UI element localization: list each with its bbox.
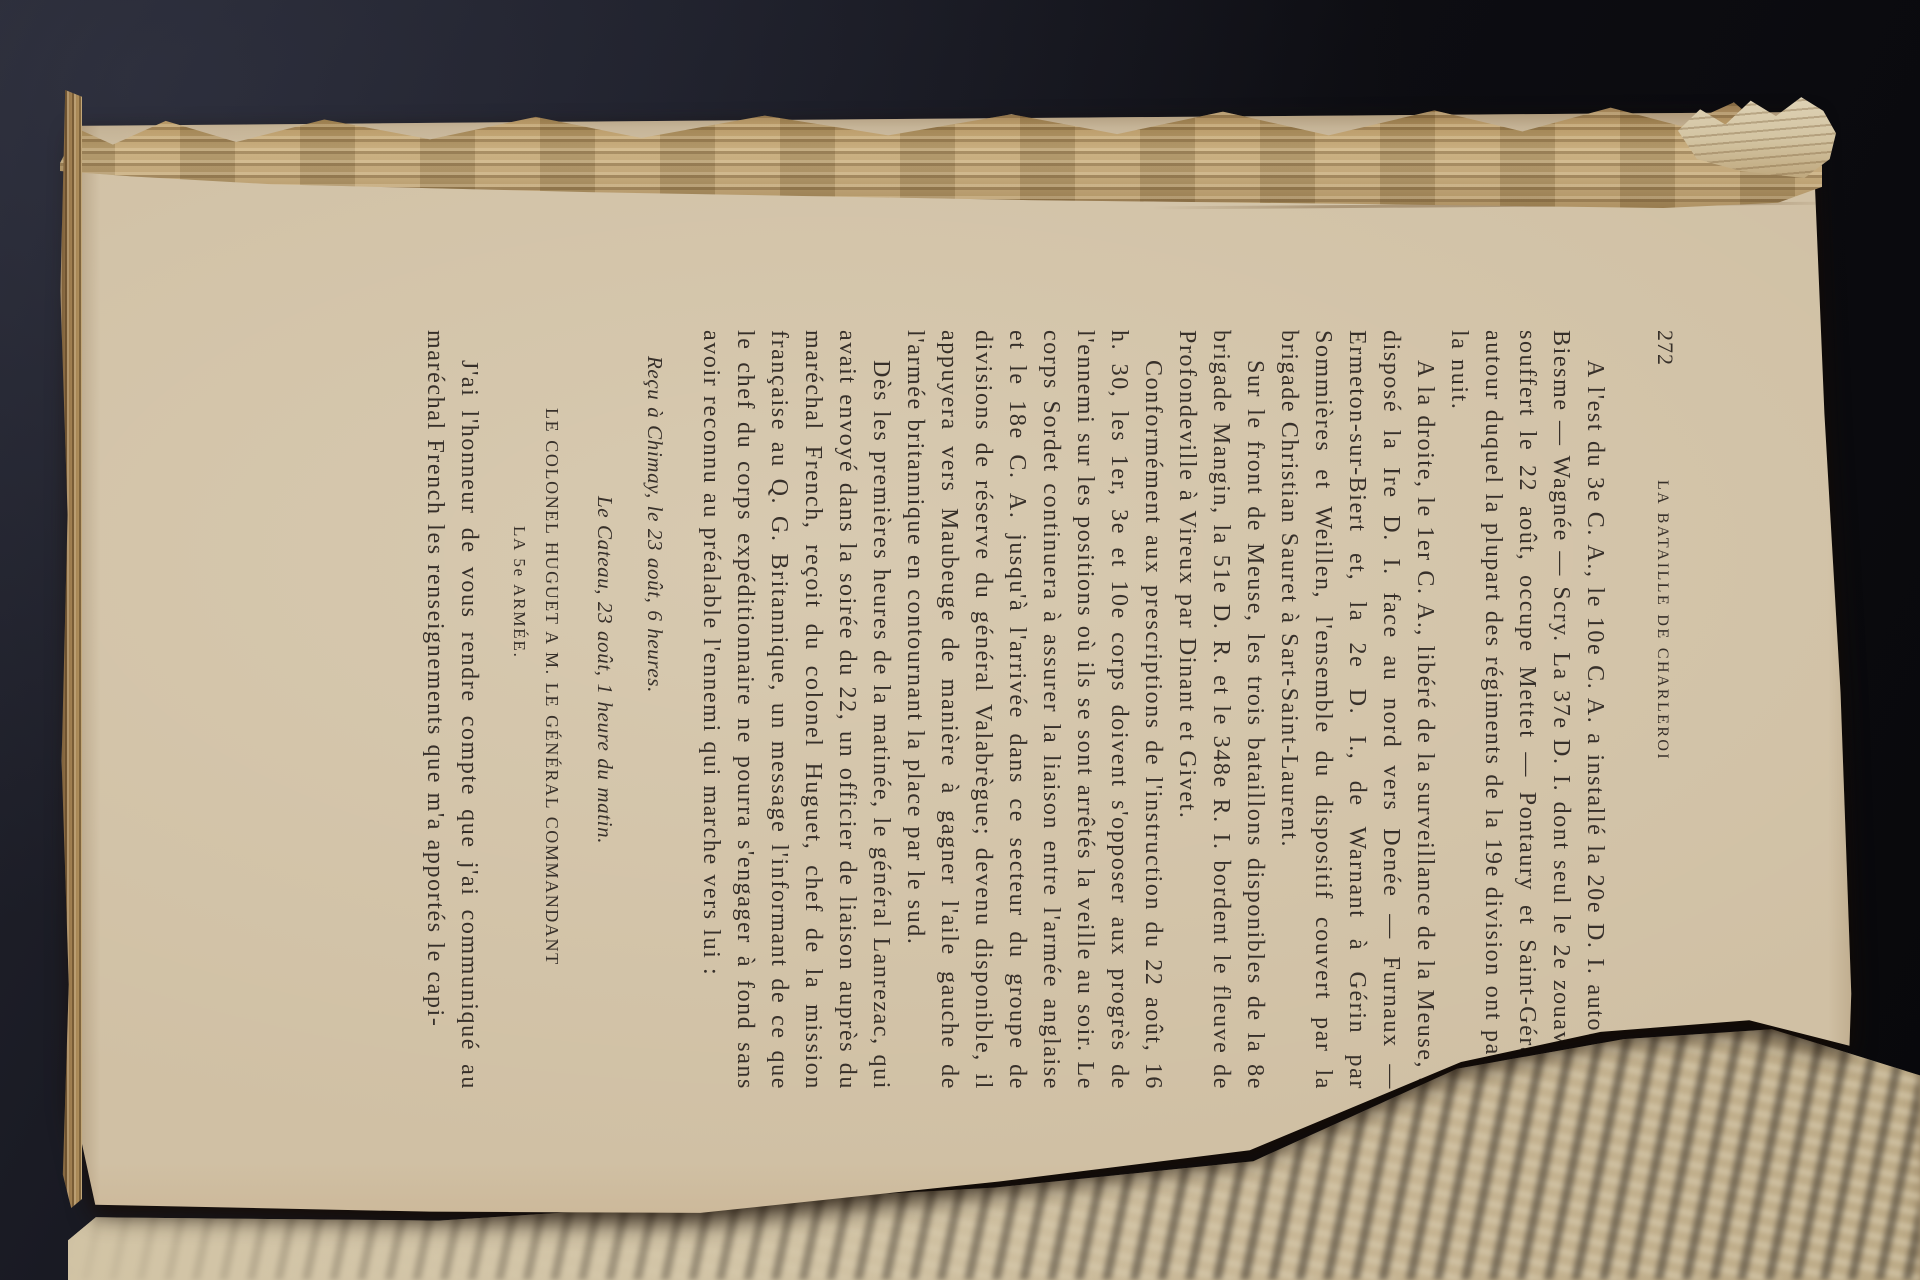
body-paragraph: A la droite, le 1er C. A., libéré de la … [1272,330,1442,1090]
body-paragraph: Dès les premières heures de la matinée, … [694,330,898,1090]
page-number: 272 [1648,330,1682,366]
body-paragraph: Conformément aux prescriptions de l'inst… [898,330,1170,1090]
running-title: LA BATAILLE DE CHARLEROI [1645,480,1679,761]
letter-dateline: Le Cateau, 23 août, 1 heure du matin. [590,330,620,1090]
book-photo: 272 LA BATAILLE DE CHARLEROI A l'est du … [0,0,1920,1280]
running-header: 272 LA BATAILLE DE CHARLEROI [1658,330,1682,1090]
letter-receipt-note: Reçu à Chimay, le 23 août, 6 heures. [640,330,670,1090]
body-paragraph: Sur le front de Meuse, les trois bataill… [1170,330,1272,1090]
page-edges-left [58,90,82,1208]
letter-addressee-unit: LA 5e ARMÉE. [506,330,532,1090]
letter-opening: J'ai l'honneur de vous rendre compte que… [418,330,486,1090]
letter-addressee: LE COLONEL HUGUET A M. LE GÉNÉRAL COMMAN… [538,330,566,1090]
open-book: 272 LA BATAILLE DE CHARLEROI A l'est du … [58,70,1920,1280]
body-paragraph: A l'est du 3e C. A., le 10e C. A. a inst… [1442,330,1612,1090]
